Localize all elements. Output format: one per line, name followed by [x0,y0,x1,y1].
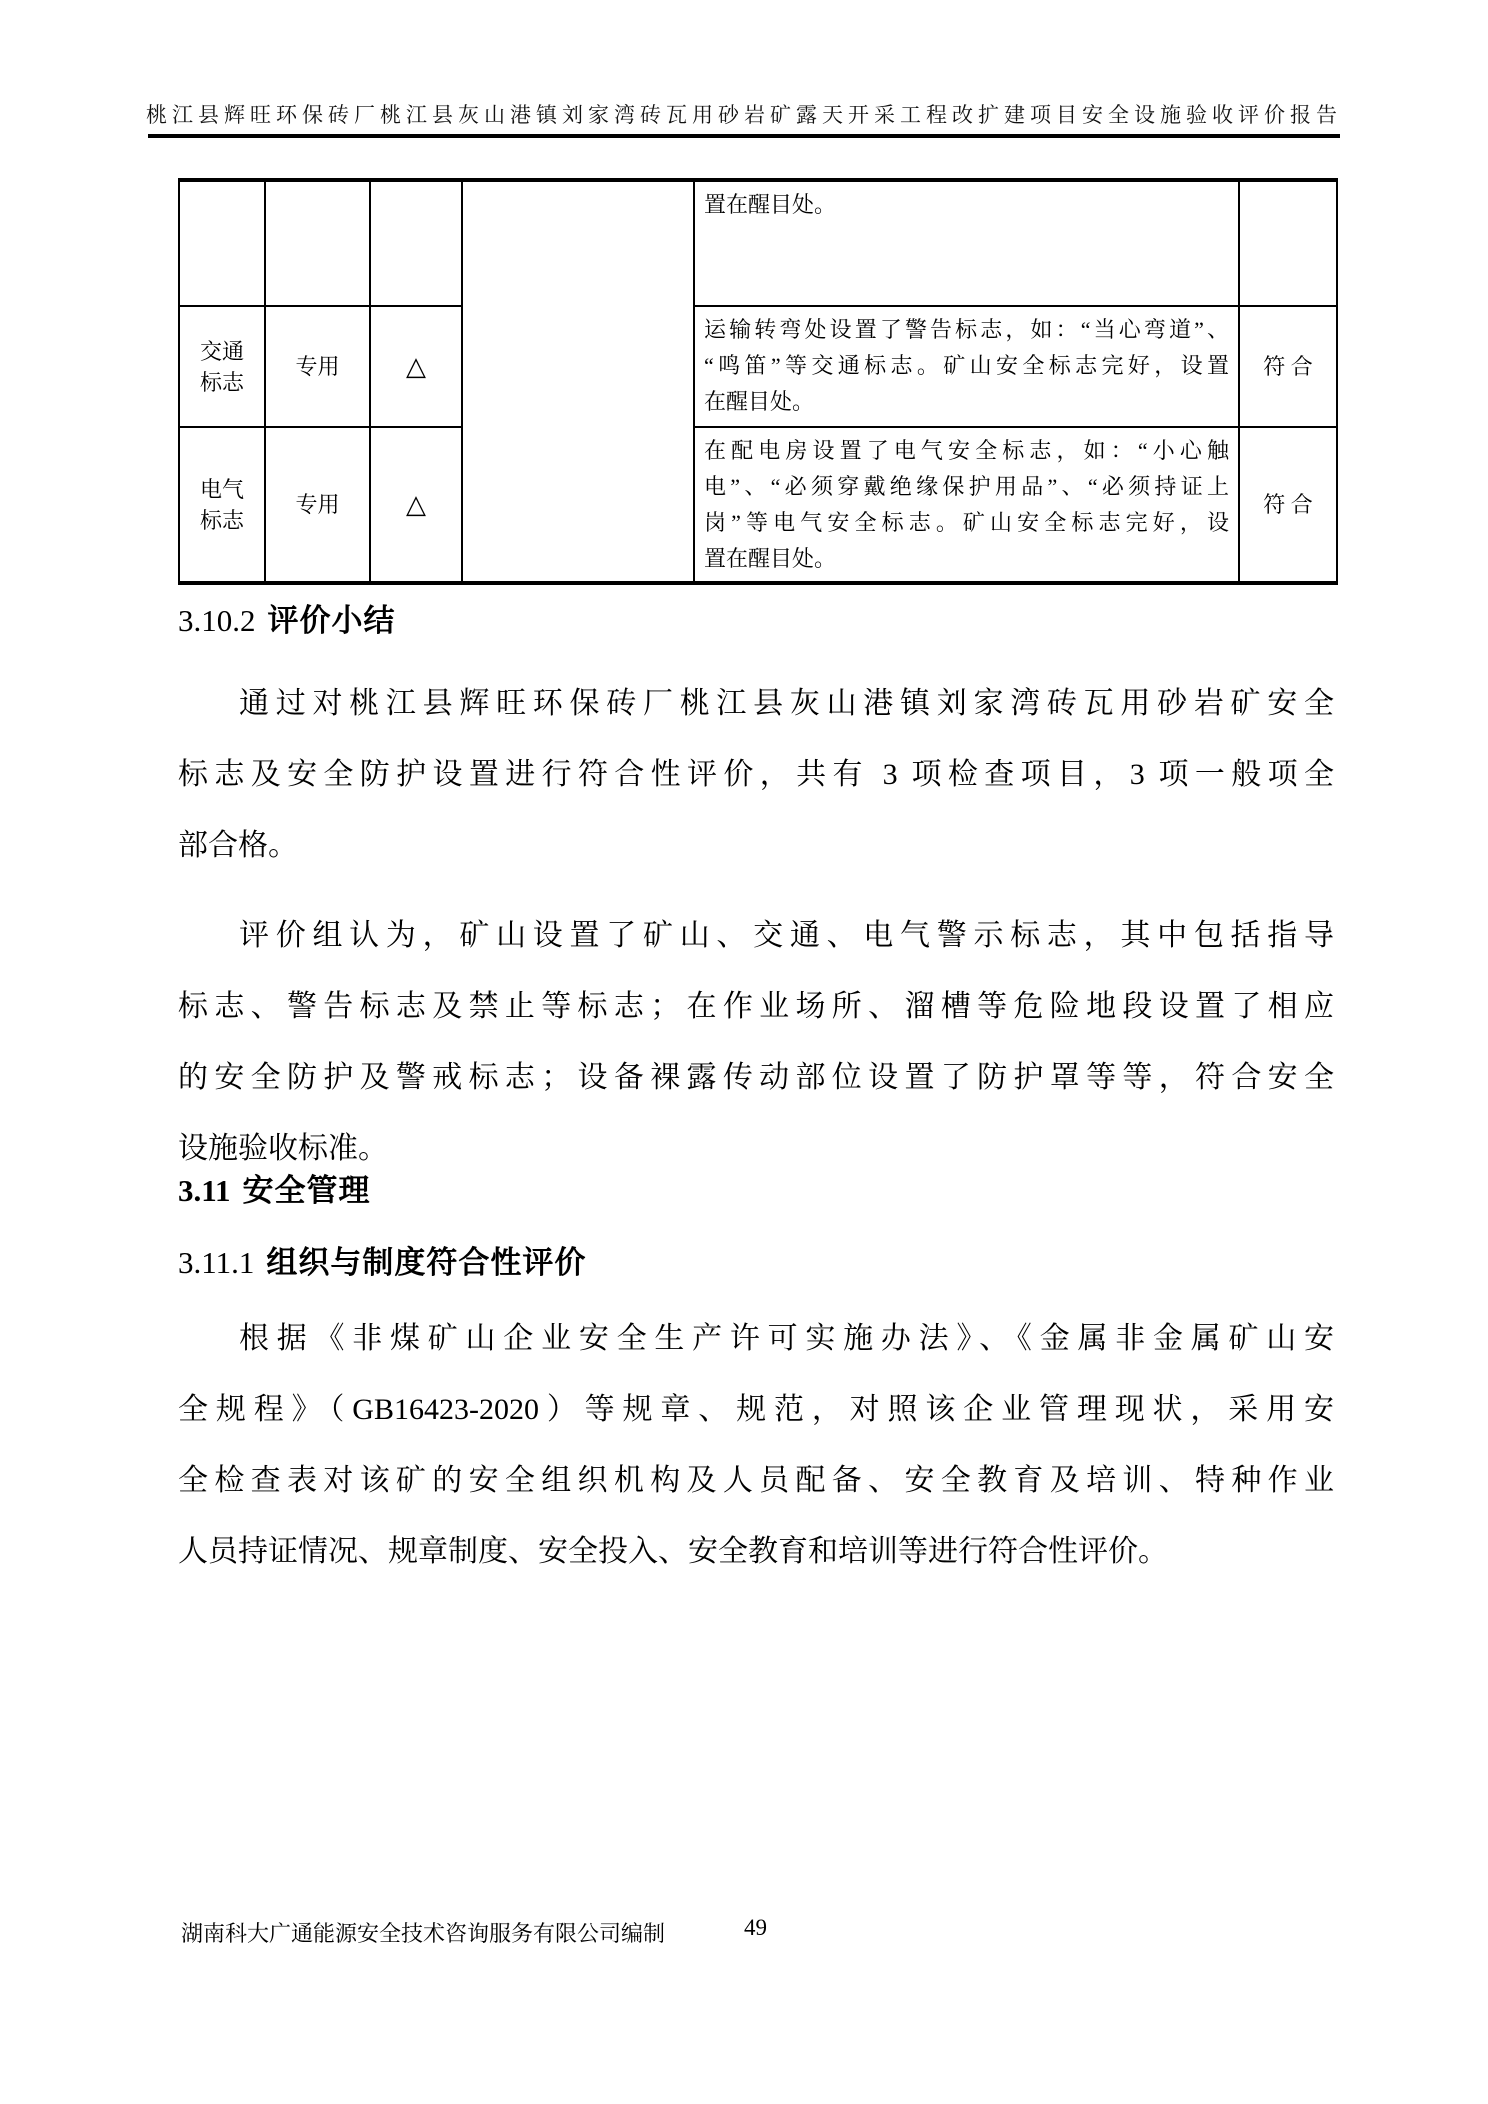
paragraph-evaluation-summary-1: 通过对桃江县辉旺环保砖厂桃江县灰山港镇刘家湾砖瓦用砂岩矿安全标志及安全防护设置进… [178,668,1334,881]
section-title: 组织与制度符合性评价 [266,1245,586,1280]
running-header-title: 桃江县辉旺环保砖厂桃江县灰山港镇刘家湾砖瓦用砂岩矿露天开采工程改扩建项目安全设施… [0,99,1488,129]
section-title: 安全管理 [243,1173,371,1208]
table-cell-result-traffic: 符 合 [1240,307,1336,428]
table-cell-grade-triangle-traffic: △ [371,307,463,428]
table-cell-desc-traffic: 运输转弯处设置了警告标志，如：“当心弯道”、“鸣笛”等交通标志。矿山安全标志完好… [695,307,1240,428]
document-page: 桃江县辉旺环保砖厂桃江县灰山港镇刘家湾砖瓦用砂岩矿露天开采工程改扩建项目安全设施… [0,0,1488,2104]
table-cell-merged-empty [463,182,695,581]
table-cell-category-traffic: 专用 [266,307,371,428]
paragraph-organization-evaluation: 根据《非煤矿山企业安全生产许可实施办法》、《金属非金属矿山安全规程》（GB164… [178,1303,1334,1587]
section-number: 3.10.2 [178,603,256,638]
table-cell-empty [180,182,266,307]
table-cell-empty [266,182,371,307]
paragraph-evaluation-summary-2: 评价组认为，矿山设置了矿山、交通、电气警示标志，其中包括指导标志、警告标志及禁止… [178,900,1334,1184]
table-cell-sign-name-traffic: 交通 标志 [180,307,266,428]
table-cell-desc-electric: 在配电房设置了电气安全标志，如：“小心触电”、“必须穿戴绝缘保护用品”、“必须持… [695,428,1240,581]
table-cell-empty [1240,182,1336,307]
table-cell-result-electric: 符 合 [1240,428,1336,581]
table-cell-empty [371,182,463,307]
safety-sign-evaluation-table: 置在醒目处。 交通 标志 专用 △ 运输转弯处设置了警告标志，如：“当心弯道”、… [178,178,1338,585]
table-cell-sign-name-electric: 电气 标志 [180,428,266,581]
section-heading-3-10-2: 3.10.2评价小结 [178,598,396,644]
section-heading-3-11-1: 3.11.1组织与制度符合性评价 [178,1240,586,1286]
footer-company-name: 湖南科大广通能源安全技术咨询服务有限公司编制 [181,1917,665,1948]
table-cell-grade-triangle-electric: △ [371,428,463,581]
table-cell-category-electric: 专用 [266,428,371,581]
section-heading-3-11: 3.11安全管理 [178,1168,371,1214]
section-number: 3.11 [178,1173,231,1208]
section-number: 3.11.1 [178,1245,254,1280]
header-divider [148,134,1340,138]
section-title: 评价小结 [268,603,396,638]
page-number: 49 [744,1915,767,1941]
table-cell-desc-continuation: 置在醒目处。 [695,182,1240,307]
